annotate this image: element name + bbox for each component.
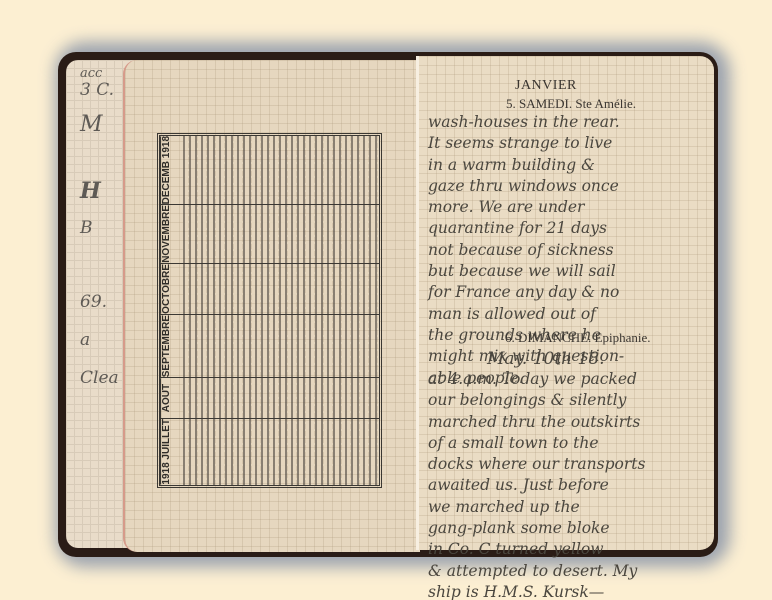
- calendar-month-novembre: NOVEMBRE: [160, 204, 379, 263]
- back-note: B: [80, 218, 93, 238]
- back-note: H: [80, 178, 101, 204]
- calendar-month-juillet: 1918 JUILLET: [160, 418, 379, 485]
- month-heading: JANVIER: [515, 78, 577, 94]
- back-note: M: [80, 112, 103, 137]
- back-note: 69.: [80, 292, 107, 312]
- diary-entry-2: at 4.a.m. Today we packed our belongings…: [428, 369, 713, 600]
- back-note: acc: [80, 66, 102, 81]
- calendar-month-octobre: OCTOBRE: [160, 263, 379, 314]
- day-heading-6: 6. DIMANCHE. Epiphanie.: [505, 330, 651, 346]
- calendar-month-septembre: SEPTEMBRE: [160, 314, 379, 377]
- diary-entry-1: wash-houses in the rear. It seems strang…: [428, 112, 713, 389]
- day-heading-5: 5. SAMEDI. Ste Amélie.: [506, 96, 636, 112]
- back-note: a: [80, 330, 90, 350]
- calendar-month-aout: AOUT: [160, 377, 379, 418]
- back-note: 3 C.: [80, 80, 114, 100]
- page-gutter: [416, 56, 419, 550]
- calendar-month-decembre: DÉCEMB 1918: [160, 136, 379, 204]
- calendar-1918: 1918 JUILLET AOUT SEPTEMBRE OCTOBRE NOVE…: [157, 133, 382, 488]
- back-note: Clea: [80, 368, 119, 388]
- entry-date: May. 10th 18.: [487, 349, 772, 370]
